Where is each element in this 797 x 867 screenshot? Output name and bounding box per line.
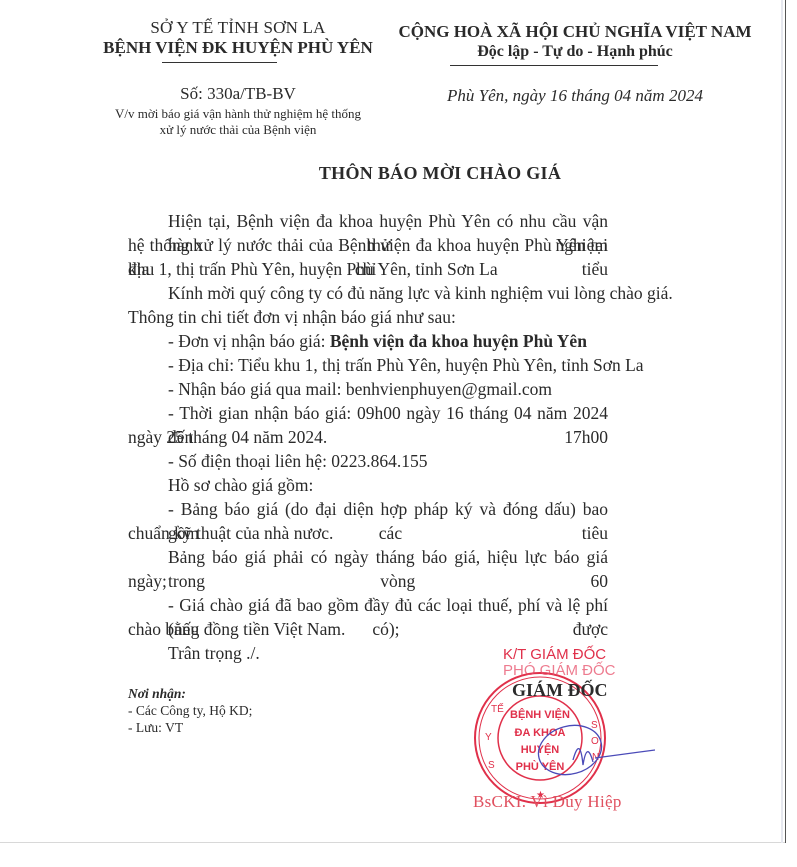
issuing-agency-block: SỞ Y TẾ TỈNH SƠN LA BỆNH VIỆN ĐK HUYỆN P… (88, 18, 388, 58)
national-motto: Độc lập - Tự do - Hạnh phúc (365, 42, 785, 62)
receiving-unit-line: - Đơn vị nhận báo giá: Bệnh viện đa khoa… (128, 329, 608, 353)
document-page: SỞ Y TẾ TỈNH SƠN LA BỆNH VIỆN ĐK HUYỆN P… (0, 0, 785, 843)
receiving-unit-label: - Đơn vị nhận báo giá: (168, 331, 330, 351)
document-title: THÔN BÁO MỜI CHÀO GIÁ (160, 163, 720, 184)
time-line: - Thời gian nhận báo giá: 09h00 ngày 16 … (128, 401, 608, 425)
dossier-item: - Bảng báo giá (do đại diện hợp pháp ký … (128, 497, 608, 521)
nation-name: CỘNG HOÀ XÃ HỘI CHỦ NGHĨA VIỆT NAM (365, 22, 785, 42)
paragraph-line: Kính mời quý công ty có đủ năng lực và k… (128, 281, 608, 305)
recipient-item: - Lưu: VT (128, 719, 252, 736)
signer-name: BsCKI. Vì Duy Hiệp (473, 792, 622, 812)
recipients-block: Nơi nhận: - Các Công ty, Hộ KD; - Lưu: V… (128, 685, 252, 736)
document-number: Số: 330a/TB-BV (88, 84, 388, 104)
page-edge-shadow (781, 0, 783, 843)
paragraph-line: Thông tin chi tiết đơn vị nhận báo giá n… (128, 305, 608, 329)
dossier-heading: Hồ sơ chào giá gồm: (128, 473, 608, 497)
receiving-unit-value: Bệnh viện đa khoa huyện Phù Yên (330, 331, 587, 351)
signature-block: BỆNH VIỆN ĐA KHOA HUYỆN PHÙ YÊN Y TẾ S O… (455, 640, 655, 820)
ministry-name: SỞ Y TẾ TỈNH SƠN LA (88, 18, 388, 38)
place-date: Phù Yên, ngày 16 tháng 04 năm 2024 (365, 86, 785, 106)
subject-line-1: V/v mời báo giá vận hành thử nghiệm hệ t… (88, 106, 388, 122)
motto-underline (450, 65, 658, 66)
subject-line-2: xử lý nước thải của Bệnh viện (88, 122, 388, 138)
svg-text:O: O (591, 736, 599, 747)
document-subject: V/v mời báo giá vận hành thử nghiệm hệ t… (88, 106, 388, 138)
recipient-item: - Các Công ty, Hộ KD; (128, 702, 252, 719)
svg-text:S: S (488, 760, 495, 771)
paragraph-line: hệ thống xử lý nước thải của Bệnh viện đ… (128, 233, 608, 257)
phone-line: - Số điện thoại liên hệ: 0223.864.155 (128, 449, 608, 473)
agency-underline (162, 62, 277, 63)
svg-text:TẾ: TẾ (491, 702, 504, 715)
dossier-item: Bảng báo giá phải có ngày tháng báo giá,… (128, 545, 608, 569)
signature-title-deputy: K/T GIÁM ĐỐC (503, 646, 606, 663)
paragraph-line: Hiện tại, Bệnh viện đa khoa huyện Phù Yê… (128, 209, 608, 233)
dossier-item: - Giá chào giá đã bao gồm đầy đủ các loạ… (128, 593, 608, 617)
signature-title-vice: PHÓ GIÁM ĐỐC (503, 662, 616, 679)
national-header-block: CỘNG HOÀ XÃ HỘI CHỦ NGHĨA VIỆT NAM Độc l… (365, 22, 785, 62)
signature-position: GIÁM ĐỐC (512, 680, 608, 701)
svg-text:Y: Y (485, 732, 492, 743)
recipients-title: Nơi nhận: (128, 685, 252, 702)
page-right-border (785, 0, 786, 843)
address-line: - Địa chỉ: Tiểu khu 1, thị trấn Phù Yên,… (128, 353, 608, 377)
svg-text:BỆNH VIỆN: BỆNH VIỆN (510, 708, 570, 721)
document-body: Hiện tại, Bệnh viện đa khoa huyện Phù Yê… (128, 209, 608, 665)
email-line: - Nhận báo giá qua mail: benhvienphuyen@… (128, 377, 608, 401)
hospital-name: BỆNH VIỆN ĐK HUYỆN PHÙ YÊN (88, 38, 388, 58)
